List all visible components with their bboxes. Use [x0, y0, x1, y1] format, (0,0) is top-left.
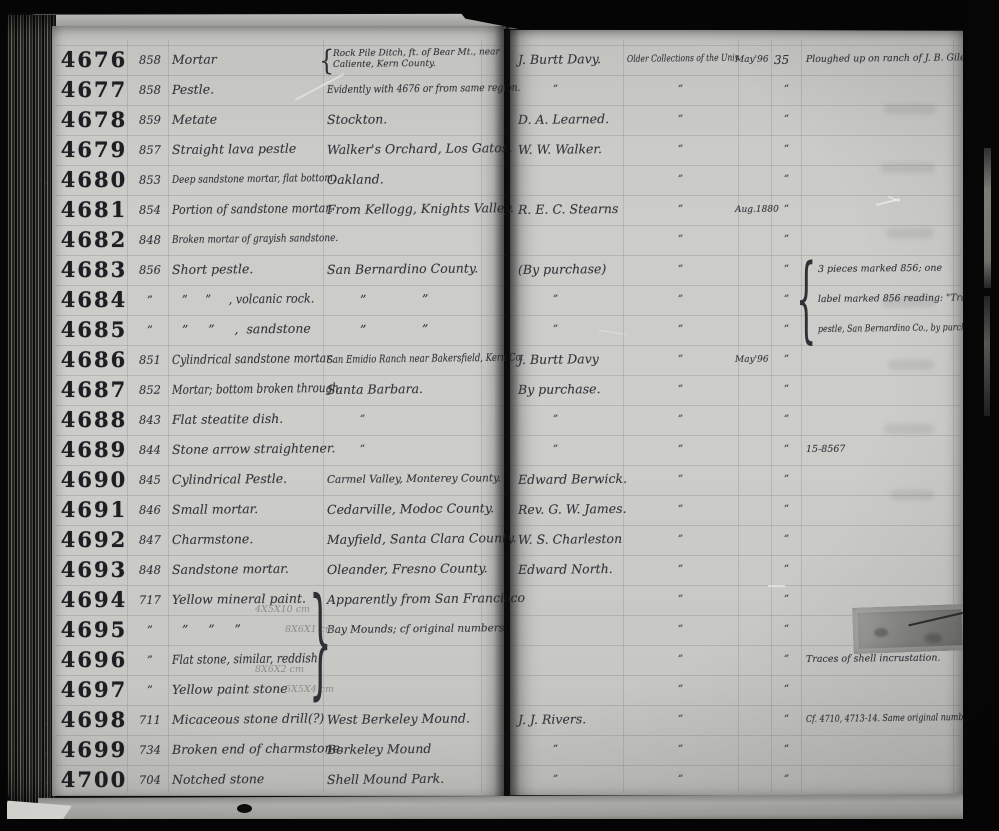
- cell-orig: 851: [132, 345, 168, 375]
- cell-loc: Carmel Valley, Monterey County.: [327, 463, 501, 495]
- cell-orig: 858: [132, 45, 168, 75]
- cell-orig: ”: [132, 675, 168, 705]
- cell-acc: ”: [784, 735, 789, 765]
- cell-collector: ”: [553, 285, 558, 315]
- cell-remark: 15-8567: [806, 435, 846, 465]
- cell-cat: 4691: [60, 495, 128, 525]
- cell-acc: ”: [784, 585, 789, 615]
- cell-acc: ”: [784, 225, 789, 255]
- cell-desc: Broken end of charmstone.: [172, 733, 344, 765]
- cell-source: ”: [678, 405, 683, 435]
- bleed-through-smudge: [880, 163, 935, 173]
- cell-collector: ”: [553, 75, 558, 105]
- cell-desc: Charmstone.: [172, 524, 254, 555]
- cell-acc: ”: [784, 135, 789, 165]
- cell-loc: West Berkeley Mound.: [327, 704, 470, 735]
- cell-source: ”: [678, 285, 683, 315]
- cell-loc: Stockton.: [327, 104, 388, 135]
- cell-cat: 4690: [60, 465, 128, 495]
- cell-desc: Portion of sandstone mortar.: [172, 193, 333, 225]
- cell-source: ”: [678, 165, 683, 195]
- cell-orig: 717: [132, 585, 168, 615]
- cell-acc: ”: [784, 465, 789, 495]
- cell-source: ”: [678, 525, 683, 555]
- cell-cat: 4685: [60, 315, 128, 345]
- cell-cat: 4679: [60, 135, 128, 165]
- cell-source: ”: [678, 195, 683, 225]
- pen-stroke-on-tape: [908, 612, 964, 627]
- cell-loc: Oakland.: [327, 164, 384, 195]
- cell-desc: Straight lava pestle: [172, 134, 297, 165]
- cell-loc: Oleander, Fresno County.: [327, 553, 488, 585]
- cell-acc: ”: [784, 345, 789, 375]
- cell-acc: ”: [784, 195, 789, 225]
- cell-desc: Yellow paint stone: [172, 674, 288, 705]
- cell-collector: ”: [553, 735, 558, 765]
- cell-orig: 734: [132, 735, 168, 765]
- cell-source: ”: [678, 675, 683, 705]
- cell-loc: ”: [360, 405, 365, 435]
- cell-acc: ”: [784, 105, 789, 135]
- cell-acc: ”: [784, 165, 789, 195]
- cell-acc: ”: [784, 675, 789, 705]
- cell-source: ”: [678, 735, 683, 765]
- cell-acc: ”: [784, 315, 789, 345]
- cell-orig: ”: [132, 615, 168, 645]
- cell-collector: D. A. Learned.: [518, 104, 609, 135]
- cell-source: ”: [678, 135, 683, 165]
- cell-desc: Cylindrical Pestle.: [172, 464, 287, 495]
- cell-source: ”: [678, 345, 683, 375]
- cell-desc: Deep sandstone mortar, flat bottom.: [172, 163, 336, 195]
- cell-remark: pestle, San Bernardino Co., by purchase.…: [818, 313, 986, 345]
- cell-orig: 844: [132, 435, 168, 465]
- cell-cat: 4681: [60, 195, 128, 225]
- cell-date: May'96: [735, 345, 769, 375]
- cell-loc: Cedarville, Modoc County.: [327, 493, 495, 525]
- cell-collector: ”: [553, 765, 558, 795]
- cell-source: ”: [678, 75, 683, 105]
- cell-desc: Pestle.: [172, 75, 214, 105]
- cell-source: Older Collections of the Univ.: [627, 44, 741, 75]
- cell-cat: 4689: [60, 435, 128, 465]
- photo-frame-right: [963, 0, 999, 831]
- cell-source: ”: [678, 435, 683, 465]
- cell-remark: Cf. 4710, 4713-14. Same original numbers…: [806, 703, 979, 735]
- cell-source: ”: [678, 585, 683, 615]
- cell-orig: 853: [132, 165, 168, 195]
- cell-desc: Sandstone mortar.: [172, 554, 289, 585]
- cell-cat: 4695: [60, 615, 128, 645]
- cell-cat: 4682: [60, 225, 128, 255]
- cell-source: ”: [678, 645, 683, 675]
- cell-source: ”: [678, 705, 683, 735]
- cell-orig: ”: [132, 645, 168, 675]
- photo-frame-top: [0, 0, 999, 13]
- bleed-through-smudge: [884, 104, 936, 114]
- cell-acc: ”: [784, 405, 789, 435]
- cell-collector: Edward North.: [518, 554, 613, 585]
- cell-collector: J. Burtt Davy.: [518, 44, 601, 75]
- book-gutter: [494, 26, 520, 796]
- cell-orig: ”: [132, 285, 168, 315]
- photo-frame-bottom: [0, 819, 999, 831]
- pencil-size-note: 4X5X10 cm: [255, 604, 310, 615]
- ink-brace-description-group: }: [309, 583, 332, 703]
- cell-acc: ”: [784, 375, 789, 405]
- cell-loc: ” ”: [360, 314, 429, 345]
- cell-loc: ” ”: [360, 284, 429, 315]
- cell-source: ”: [678, 105, 683, 135]
- cell-orig: 848: [132, 225, 168, 255]
- cell-loc: Evidently with 4676 or from same region.: [327, 73, 521, 105]
- cell-acc: ”: [784, 555, 789, 585]
- cell-collector: Rev. G. W. James.: [518, 494, 627, 525]
- cell-desc: ” ” ”: [182, 614, 241, 645]
- cell-cat: 4678: [60, 105, 128, 135]
- cell-acc: ”: [784, 435, 789, 465]
- cell-desc: Broken mortar of grayish sandstone.: [172, 223, 338, 255]
- cell-acc: ”: [784, 525, 789, 555]
- cell-loc: Bay Mounds; cf original numbers.: [327, 613, 508, 645]
- binding-hole: [237, 804, 252, 813]
- cell-orig: 859: [132, 105, 168, 135]
- cell-orig: 843: [132, 405, 168, 435]
- cell-cat: 4698: [60, 705, 128, 735]
- cell-orig: 852: [132, 375, 168, 405]
- cell-premark: .: [44, 705, 48, 735]
- cell-desc: Micaceous stone drill(?): [172, 703, 325, 735]
- cell-source: ”: [678, 315, 683, 345]
- cell-orig: 858: [132, 75, 168, 105]
- cell-cat: 4697: [60, 675, 128, 705]
- cell-remark: 3 pieces marked 856; one: [818, 254, 942, 285]
- cell-desc: Cylindrical sandstone mortar.: [172, 343, 334, 375]
- cell-loc: ”: [360, 435, 365, 465]
- cell-loc: Berkeley Mound: [327, 734, 432, 765]
- cell-cat: 4693: [60, 555, 128, 585]
- cell-desc: Flat steatite dish.: [172, 404, 284, 435]
- cell-acc: 35: [774, 45, 790, 75]
- cell-acc: ”: [784, 285, 789, 315]
- cell-desc: ” ” , sandstone: [182, 314, 311, 345]
- cell-cat: 4684: [60, 285, 128, 315]
- cell-source: ”: [678, 375, 683, 405]
- cell-loc: Walker's Orchard, Los Gatos.: [327, 133, 513, 165]
- cell-cat: 4686: [60, 345, 128, 375]
- cell-loc: Shell Mound Park.: [327, 764, 445, 795]
- cell-orig: 854: [132, 195, 168, 225]
- cell-acc: ”: [784, 705, 789, 735]
- cell-desc: Notched stone: [172, 764, 265, 795]
- cell-collector: R. E. C. Stearns: [518, 194, 619, 225]
- cell-cat: 4688: [60, 405, 128, 435]
- cell-acc: ”: [784, 765, 789, 795]
- cell-cat: 4692: [60, 525, 128, 555]
- cell-desc: Stone arrow straightener.: [172, 433, 336, 465]
- page-edge-highlight: [984, 296, 990, 416]
- cell-acc: ”: [784, 255, 789, 285]
- cell-collector: (By purchase): [518, 254, 607, 285]
- cell-cat: 4680: [60, 165, 128, 195]
- cell-orig: 856: [132, 255, 168, 285]
- cell-orig: 845: [132, 465, 168, 495]
- cell-orig: 848: [132, 555, 168, 585]
- photo-frame-left: [0, 0, 7, 831]
- cell-collector: Edward Berwick.: [518, 464, 627, 495]
- cell-loc: Mayfield, Santa Clara County.: [327, 523, 517, 555]
- cell-collector: ”: [553, 315, 558, 345]
- ink-brace-locality: {: [319, 47, 334, 75]
- cell-collector: W. W. Walker.: [518, 134, 602, 165]
- cell-premark: ,: [44, 765, 48, 795]
- cell-desc: Short pestle.: [172, 254, 254, 285]
- cell-desc: Mortar: [172, 45, 217, 75]
- tape-patch: [852, 604, 968, 654]
- cell-collector: By purchase.: [518, 374, 601, 405]
- cell-desc: Metate: [172, 105, 217, 135]
- tape-blotch: [873, 627, 887, 636]
- cell-collector: ”: [553, 435, 558, 465]
- cell-collector: ”: [553, 405, 558, 435]
- cell-acc: ”: [784, 615, 789, 645]
- cell-orig: ”: [132, 315, 168, 345]
- cell-acc: ”: [784, 495, 789, 525]
- cell-source: ”: [678, 555, 683, 585]
- cell-cat: 4687: [60, 375, 128, 405]
- cell-orig: 847: [132, 525, 168, 555]
- cell-loc: Santa Barbara.: [327, 374, 423, 405]
- cell-collector: J. Burtt Davy: [518, 344, 599, 375]
- cell-cat: 4699: [60, 735, 128, 765]
- cell-cat: 4700: [60, 765, 128, 795]
- cell-source: ”: [678, 255, 683, 285]
- bleed-through-smudge: [882, 296, 936, 307]
- cell-source: ”: [678, 465, 683, 495]
- tape-blotch: [924, 632, 942, 643]
- cell-cat: 4677: [60, 75, 128, 105]
- cell-source: ”: [678, 615, 683, 645]
- cell-cat: 4694: [60, 585, 128, 615]
- cell-desc: Mortar; bottom broken through.: [172, 373, 342, 405]
- ink-brace-remarks-group: {: [796, 253, 816, 347]
- cell-collector: J. J. Rivers.: [518, 704, 587, 735]
- cell-collector: W. S. Charleston: [518, 524, 622, 555]
- page-edge-highlight: [984, 148, 991, 288]
- cell-cat: 4683: [60, 255, 128, 285]
- cell-acc: ”: [784, 75, 789, 105]
- bleed-through-smudge: [884, 424, 934, 434]
- cell-cat: 4696: [60, 645, 128, 675]
- cell-orig: 846: [132, 495, 168, 525]
- cell-orig: 711: [132, 705, 168, 735]
- cell-desc: Small mortar.: [172, 494, 259, 525]
- ledger-photo: 4676858MortarRock Pile Ditch, ft. of Bea…: [0, 0, 999, 831]
- cell-loc: From Kellogg, Knights Valley.: [327, 193, 514, 225]
- cell-source: ”: [678, 765, 683, 795]
- bleed-through-smudge: [888, 360, 934, 370]
- cell-remark: Ploughed up on ranch of J. B. Gile.: [806, 43, 969, 75]
- cell-date: Aug.1880: [735, 195, 779, 225]
- cell-date: May'96: [735, 45, 769, 75]
- cell-source: ”: [678, 495, 683, 525]
- cell-cat: 4676: [60, 45, 128, 75]
- film-scratch: [768, 585, 785, 587]
- cell-desc: ” ” , volcanic rock.: [182, 283, 315, 315]
- cell-loc: San Bernardino County.: [327, 253, 479, 285]
- cell-acc: ”: [784, 645, 789, 675]
- cell-premark: ,: [44, 735, 48, 765]
- cell-premark: ,: [44, 165, 48, 195]
- bleed-through-smudge: [886, 228, 934, 238]
- cell-source: ”: [678, 225, 683, 255]
- bleed-through-smudge: [890, 490, 934, 500]
- cell-orig: 857: [132, 135, 168, 165]
- cell-orig: 704: [132, 765, 168, 795]
